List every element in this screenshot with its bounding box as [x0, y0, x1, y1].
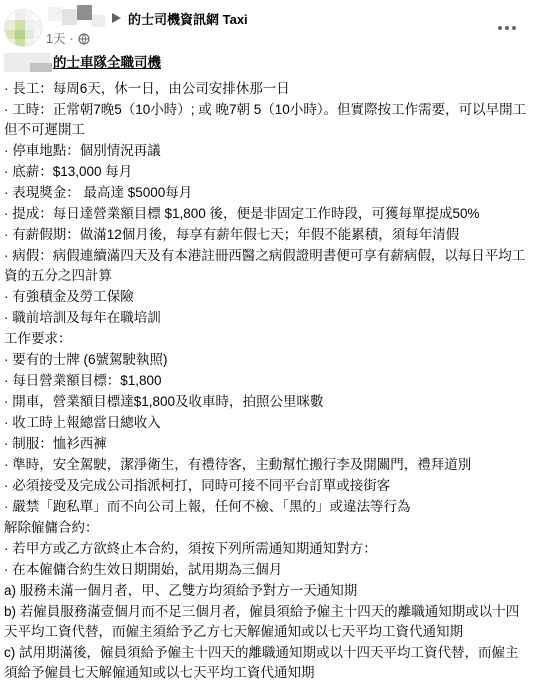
three-dots-icon: [498, 26, 502, 30]
post-meta-row: 1天 ·: [46, 32, 528, 46]
post-paragraph: · 提成：每日達營業額目標 $1,800 後，便是非固定工作時段，可獲每單提成5…: [4, 204, 529, 224]
post-title: 的士車隊全職司機: [53, 53, 161, 72]
post-header-text: 的士司機資訊網 Taxi 1天 ·: [48, 8, 528, 46]
post-author-row: 的士司機資訊網 Taxi: [48, 8, 528, 28]
censor-block: [30, 63, 52, 72]
post-paragraph: · 有強積金及勞工保險: [4, 287, 529, 307]
group-name-link[interactable]: 的士司機資訊網 Taxi: [128, 9, 248, 28]
post-paragraph: · 表現獎金： 最高達 $5000每月: [4, 183, 529, 203]
post-title-line: 的士車隊全職司機: [4, 52, 529, 72]
censored-author-name: [48, 10, 105, 26]
post-paragraph: · 停車地點：個別情況再議: [4, 141, 529, 161]
censor-block: [62, 9, 77, 25]
post-paragraphs: · 長工：每周6天，休一日，由公司安排休那一日· 工時：正常朝7晚5（10小時）…: [4, 79, 529, 683]
post-header: 的士司機資訊網 Taxi 1天 ·: [4, 8, 528, 50]
post-paragraph: · 必須接受及完成公司指派柯打，同時可接不同平台訂單或接街客: [4, 476, 529, 496]
arrow-right-icon: [112, 13, 121, 23]
post-paragraph: · 每日營業額目標：$1,800: [4, 371, 529, 391]
post-paragraph: · 制服：恤衫西褲: [4, 434, 529, 454]
censor-block: [77, 5, 92, 20]
censored-company-name: [4, 53, 50, 72]
three-dots-icon: [512, 26, 516, 30]
meta-separator: ·: [69, 32, 73, 46]
post-paragraph: · 要有的士牌 (6號駕駛執照): [4, 350, 529, 370]
post-paragraph: · 準時，安全駕駛，潔淨衛生，有禮待客，主動幫忙搬行李及開關門，禮拜道別: [4, 455, 529, 475]
facebook-post-page: 的士司機資訊網 Taxi 1天 · 的士車隊全職司機 · 長工：每周6天: [0, 0, 534, 691]
post-paragraph: · 職前培訓及每年在職培訓: [4, 308, 529, 328]
post-paragraph: · 在本僱傭合約生效日期開始，試用期為三個月: [4, 560, 529, 580]
post-paragraph: · 收工時上報總當日總收入: [4, 413, 529, 433]
post-menu-button[interactable]: [494, 22, 520, 34]
three-dots-icon: [505, 26, 509, 30]
pixelated-avatar: [5, 10, 42, 47]
post-paragraph: b) 若僱員服務滿壹個月而不足三個月者，僱員須給予僱主十四天的離職通知期或以十四…: [4, 602, 529, 642]
post-paragraph: · 長工：每周6天，休一日，由公司安排休那一日: [4, 79, 529, 99]
post-paragraph: · 有薪假期：做滿12個月後，每享有薪年假七天；年假不能累積，須每年清假: [4, 225, 529, 245]
post-paragraph: · 病假：病假連續滿四天及有本港註冊西醫之病假證明書便可享有薪病假，以每日平均工…: [4, 246, 529, 286]
post-paragraph: · 開車，營業額目標達$1,800及收車時，拍照公里咪數: [4, 392, 529, 412]
post-paragraph: a) 服務未滿一個月者，甲、乙雙方均須給予對方一天通知期: [4, 581, 529, 601]
timestamp[interactable]: 1天: [46, 32, 65, 46]
post-paragraph: · 嚴禁「跑私單」而不向公司上報，任何不檢、「黑的」或違法等行為: [4, 497, 529, 517]
censor-block: [48, 7, 62, 21]
post-body: 的士車隊全職司機 · 長工：每周6天，休一日，由公司安排休那一日· 工時：正常朝…: [4, 52, 529, 684]
post-paragraph: 解除僱傭合約：: [4, 518, 529, 538]
globe-icon: [78, 33, 90, 45]
post-paragraph: · 底薪：$13,000 每月: [4, 162, 529, 182]
post-paragraph: 工作要求：: [4, 329, 529, 349]
post-paragraph: · 若甲方或乙方欲終止本合約，須按下列所需通知期通知對方：: [4, 539, 529, 559]
post-paragraph: · 工時：正常朝7晚5（10小時）; 或 晚7朝 5（10小時）。但實際按工作需…: [4, 100, 529, 140]
post-paragraph: c) 試用期滿後，僱員須給予僱主十四天的離職通知期或以十四天平均工資代替，而僱主…: [4, 643, 529, 683]
avatar[interactable]: [4, 9, 42, 47]
censor-block: [92, 15, 105, 27]
